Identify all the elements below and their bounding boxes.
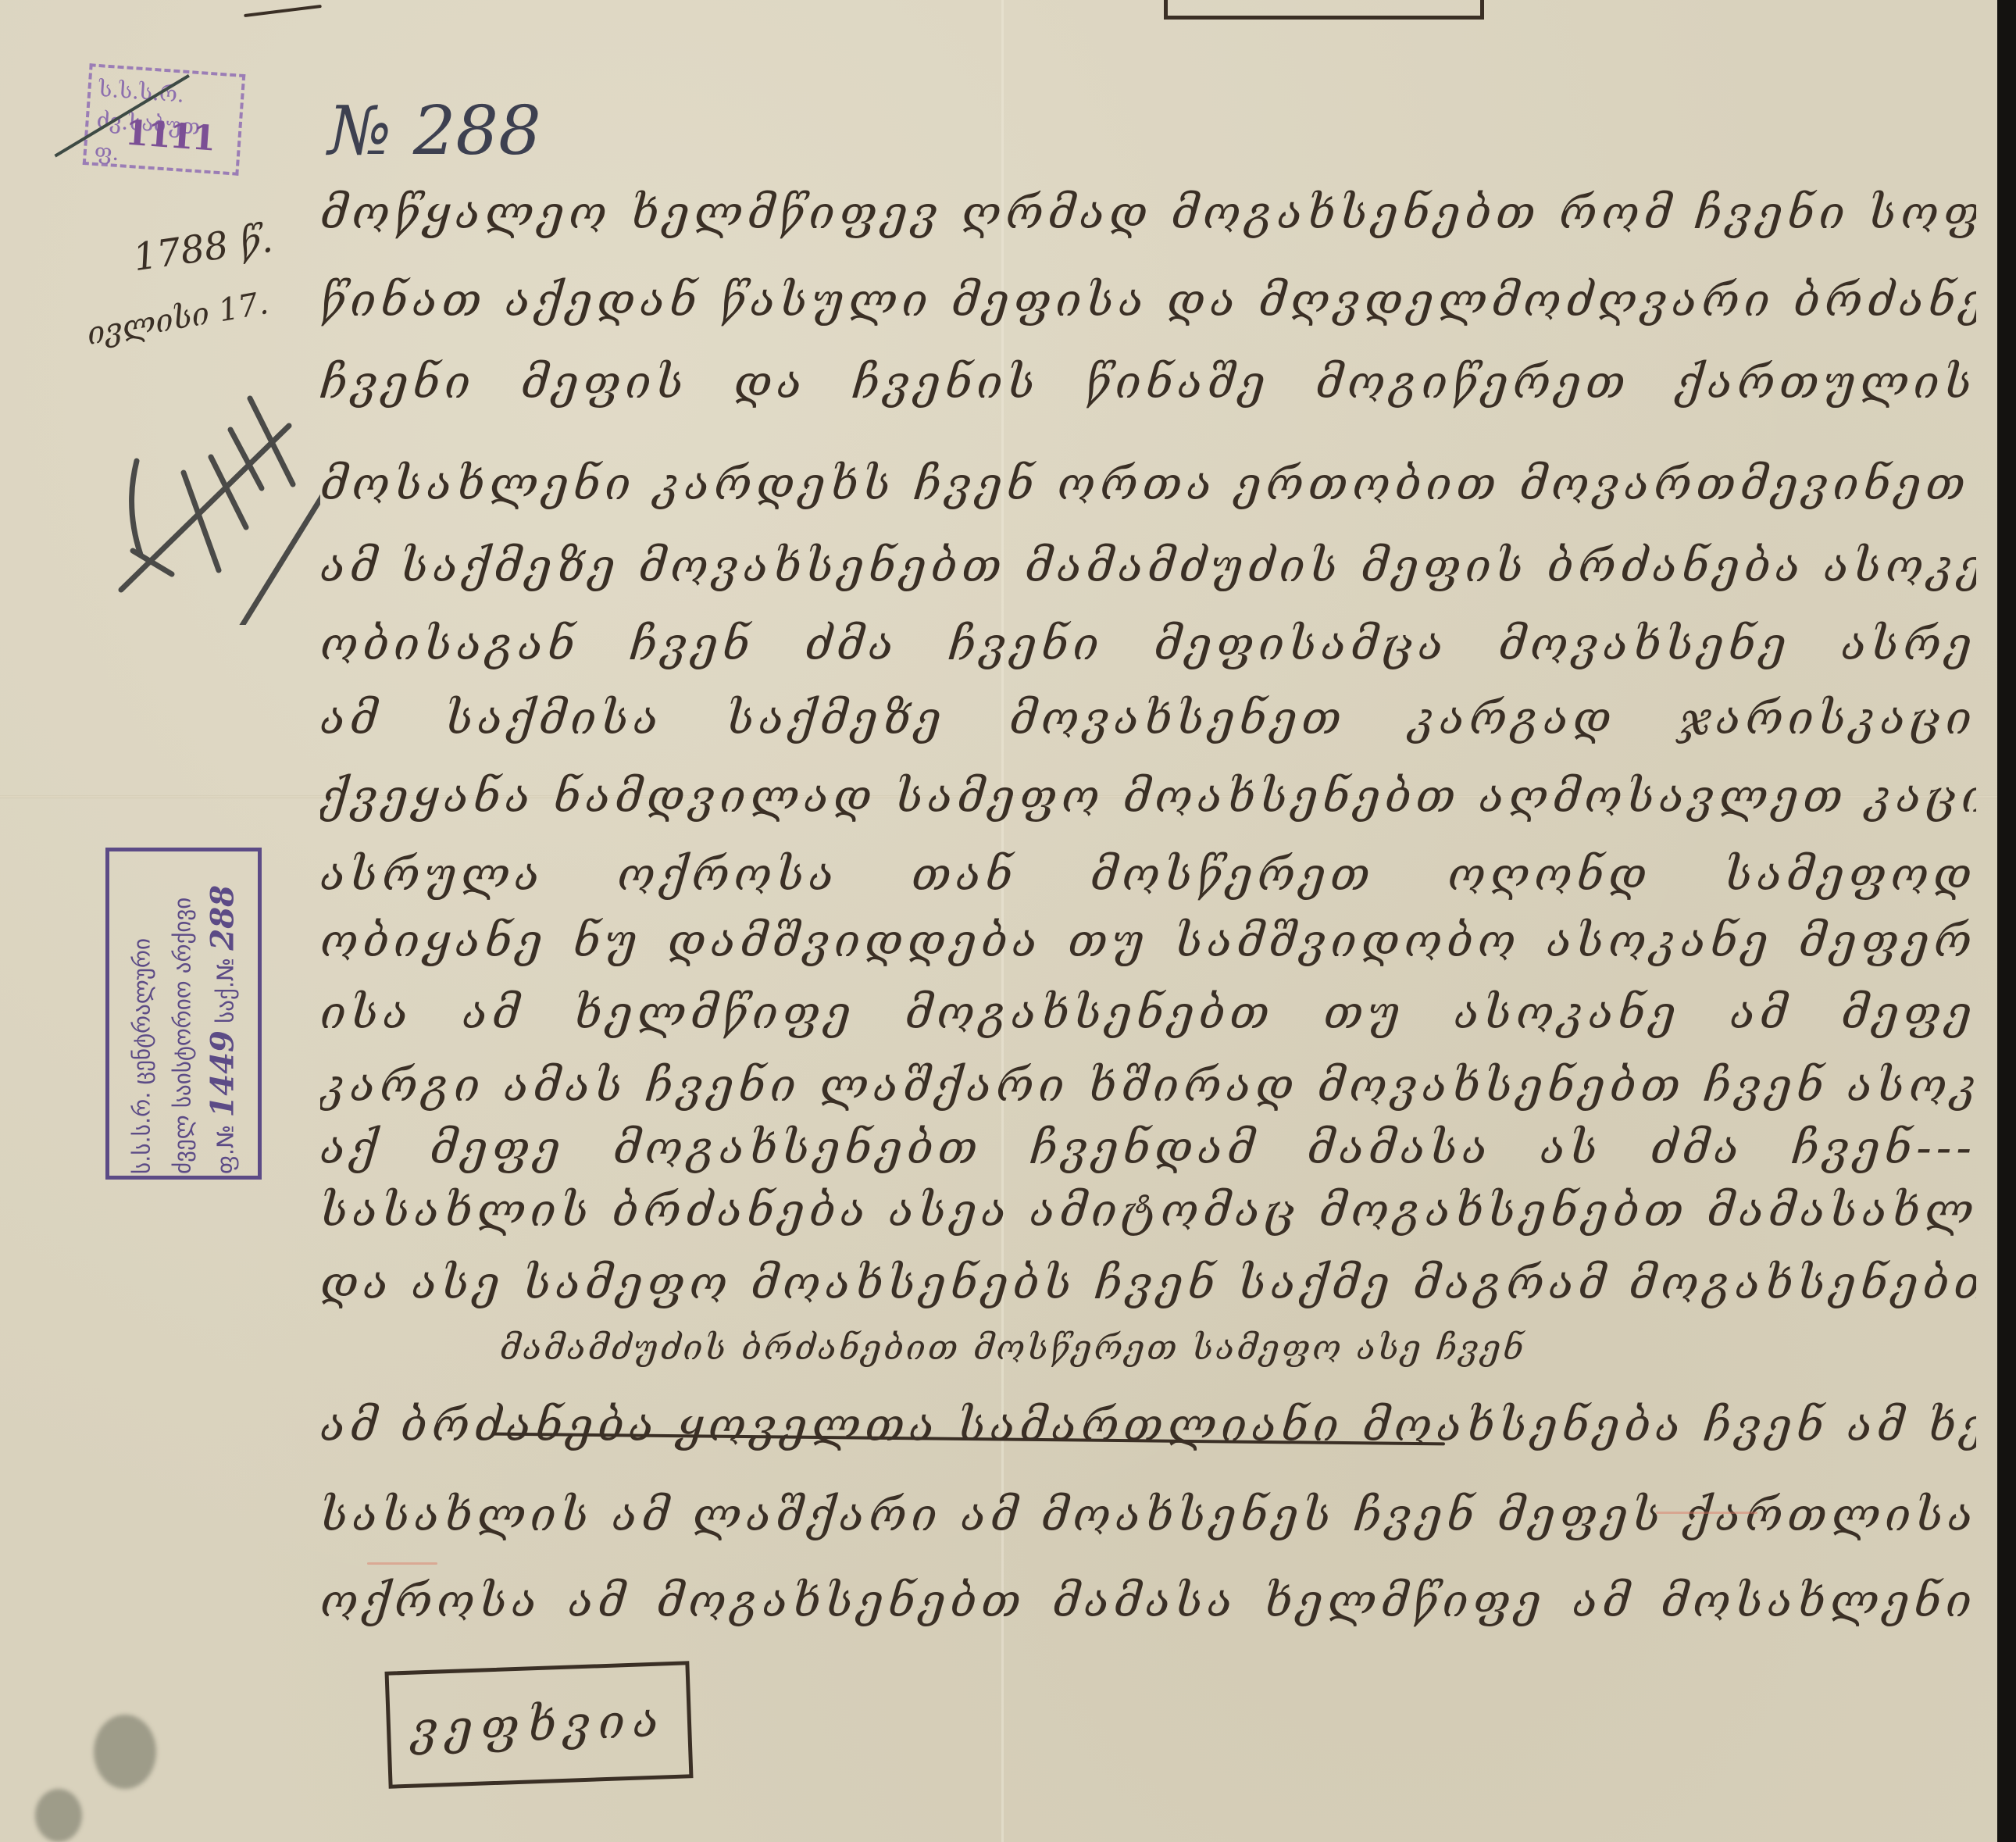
signature: ვეფხვია	[411, 1693, 668, 1756]
old-stamp-number: 1111	[124, 118, 216, 155]
interlinear-insertion: მამამძუძის ბრძანებით მოსწერეთ სამეფო ასე…	[500, 1328, 1525, 1368]
body-line: სასახლის ბრძანება ასეა ამიტომაც მოგახსენ…	[320, 1183, 1976, 1237]
body-line: ობიყანე ნუ დამშვიდდება თუ სამშვიდობო ასო…	[320, 914, 1976, 967]
body-line: მოწყალეო ხელმწიფევ ღრმად მოგახსენებთ რომ…	[320, 186, 1976, 239]
item-label: საქ.№	[212, 957, 239, 1023]
fund-label: ფ.№	[212, 1124, 239, 1173]
top-box-fragment	[1164, 0, 1484, 20]
archive-stamp-line: ს.ს.ს.რ. ცენტრალური	[122, 854, 162, 1174]
red-pencil-mark	[367, 1562, 437, 1565]
body-line: ჩვენი მეფის და ჩვენის წინაშე მოგიწერეთ ქ…	[320, 355, 1976, 409]
body-line: ამ საქმისა საქმეზე მოვახსენეთ კარგად ჯარ…	[320, 691, 1976, 744]
archive-stamp-line: ძველ საისტორიო არქივი	[162, 854, 203, 1174]
manuscript-page: ს.ს.ს.რ. ძვ.საბუთ ფ. 1111 № 288 1788 წ. …	[0, 0, 1997, 1842]
margin-date: ივლისი 17.	[84, 285, 271, 352]
item-number: 288	[205, 885, 241, 951]
archive-stamp: ს.ს.ს.რ. ცენტრალური ძველ საისტორიო არქივ…	[105, 848, 262, 1180]
catalog-number: № 288	[328, 92, 541, 170]
body-line: ისა ამ ხელმწიფე მოგახსენებთ თუ ასოკანე ა…	[320, 986, 1976, 1039]
body-line-struck: ამ ბრძანება ყოველთა სამართლიანი მოახსენე…	[320, 1398, 1976, 1451]
body-line: სასახლის ამ ლაშქარი ამ მოახსენეს ჩვენ მე…	[320, 1488, 1976, 1541]
margin-year: 1788 წ.	[130, 217, 275, 280]
old-archive-stamp: ს.ს.ს.რ. ძვ.საბუთ ფ. 1111	[83, 63, 246, 176]
top-pen-stroke	[244, 5, 322, 17]
body-line: ამ საქმეზე მოვახსენებთ მამამძუძის მეფის …	[320, 539, 1976, 592]
scan-edge-border	[1997, 0, 2016, 1842]
body-line: აქ მეფე მოგახსენებთ ჩვენდამ მამასა ას ძმ…	[320, 1121, 1976, 1174]
body-line: და ასე სამეფო მოახსენებს ჩვენ საქმე მაგრ…	[320, 1256, 1976, 1309]
body-line: წინათ აქედან წასული მეფისა და მღვდელმოძღ…	[320, 273, 1976, 327]
body-line: მოსახლენი კარდეხს ჩვენ ორთა ერთობით მოვა…	[320, 457, 1976, 510]
body-line: ობისაგან ჩვენ ძმა ჩვენი მეფისამცა მოვახს…	[320, 617, 1976, 670]
body-line: ოქროსა ამ მოგახსენებთ მამასა ხელმწიფე ამ…	[320, 1574, 1976, 1627]
tally-marks-icon	[102, 375, 320, 625]
body-line: კარგი ამას ჩვენი ლაშქარი ხშირად მოვახსენ…	[320, 1058, 1976, 1112]
ink-blot	[94, 1715, 156, 1789]
signature-box: ვეფხვია	[385, 1661, 694, 1789]
ink-blot	[35, 1789, 82, 1842]
red-pencil-mark	[1656, 1512, 1757, 1514]
fund-number: 1449	[205, 1030, 241, 1117]
body-line: ქვეყანა ნამდვილად სამეფო მოახსენებთ აღმო…	[320, 769, 1976, 823]
body-line: ასრულა ოქროსა თან მოსწერეთ ოღონდ სამეფოდ	[320, 848, 1976, 901]
